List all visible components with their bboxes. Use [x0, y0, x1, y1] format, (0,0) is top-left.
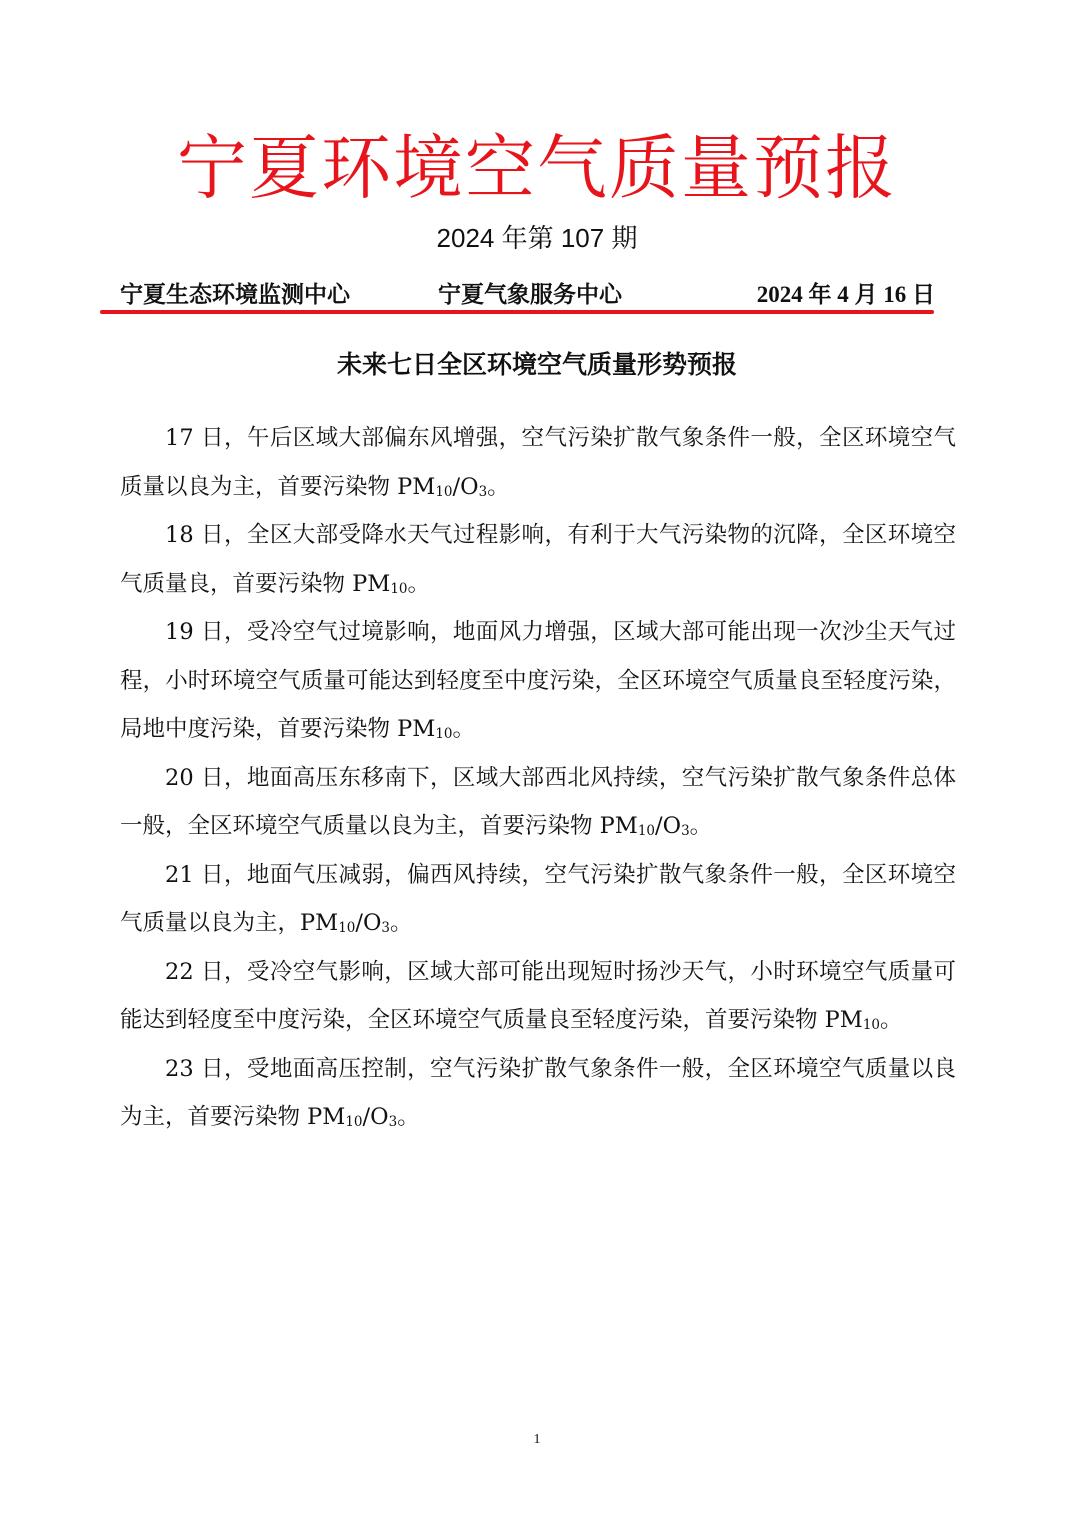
issue-number: 2024 年第 107 期	[0, 218, 1074, 258]
document-title: 宁夏环境空气质量预报	[0, 128, 1074, 208]
forecast-paragraph-19: 19 日，受冷空气过境影响，地面风力增强，区域大部可能出现一次沙尘天气过程，小时…	[120, 608, 956, 754]
org-environment-monitoring: 宁夏生态环境监测中心	[120, 276, 350, 309]
forecast-paragraph-20: 20 日，地面高压东移南下，区域大部西北风持续，空气污染扩散气象条件总体一般，全…	[120, 754, 956, 851]
section-title: 未来七日全区环境空气质量形势预报	[0, 343, 1074, 387]
masthead-info: 宁夏生态环境监测中心 宁夏气象服务中心 2024 年 4 月 16 日	[120, 276, 935, 312]
org-meteorological-service: 宁夏气象服务中心	[438, 276, 622, 309]
forecast-paragraph-18: 18 日，全区大部受降水天气过程影响，有利于大气污染物的沉降，全区环境空气质量良…	[120, 511, 956, 608]
forecast-paragraph-21: 21 日，地面气压减弱，偏西风持续，空气污染扩散气象条件一般，全区环境空气质量以…	[120, 851, 956, 948]
forecast-body: 17 日，午后区域大部偏东风增强，空气污染扩散气象条件一般，全区环境空气质量以良…	[120, 414, 956, 1142]
page-number: 1	[0, 1432, 1074, 1448]
header-divider	[100, 310, 934, 314]
publish-date: 2024 年 4 月 16 日	[757, 276, 935, 309]
forecast-paragraph-17: 17 日，午后区域大部偏东风增强，空气污染扩散气象条件一般，全区环境空气质量以良…	[120, 414, 956, 511]
forecast-paragraph-23: 23 日，受地面高压控制，空气污染扩散气象条件一般，全区环境空气质量以良为主，首…	[120, 1045, 956, 1142]
forecast-paragraph-22: 22 日，受冷空气影响，区域大部可能出现短时扬沙天气，小时环境空气质量可能达到轻…	[120, 948, 956, 1045]
